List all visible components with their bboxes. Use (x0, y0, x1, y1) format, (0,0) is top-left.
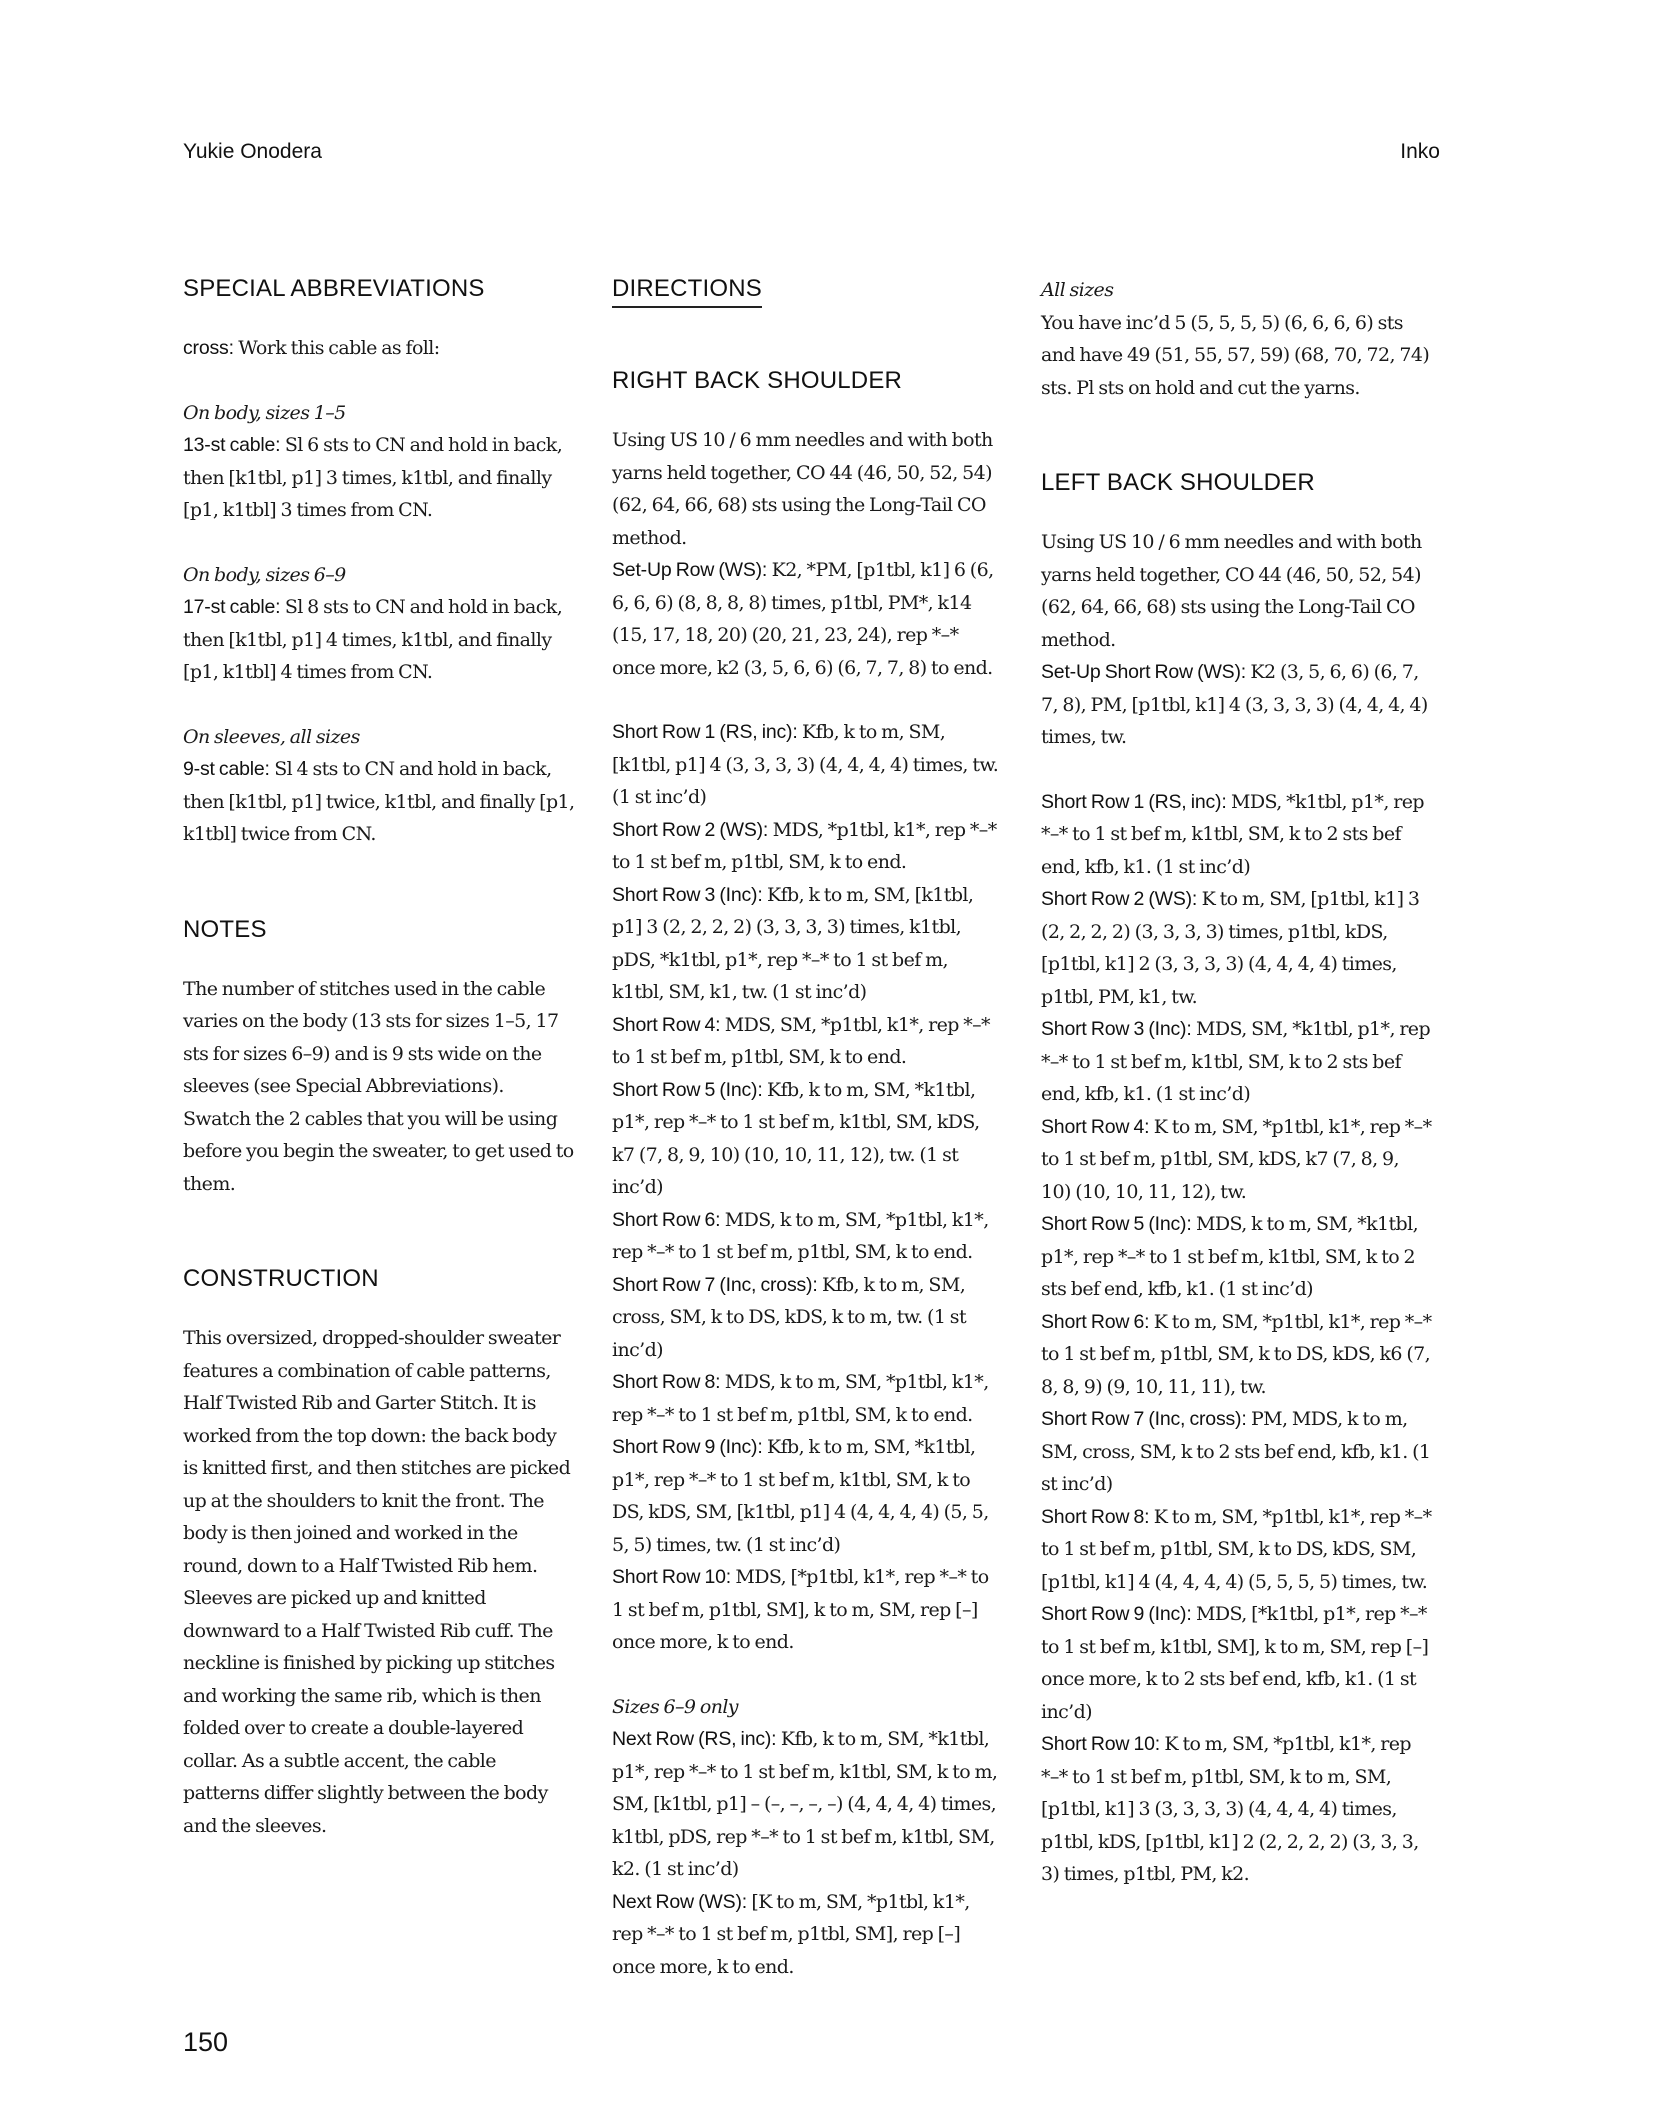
row-label: Set-Up Short Row (WS): (1041, 661, 1246, 683)
row-label: Short Row 7 (Inc, cross): (1041, 1408, 1247, 1430)
row-label: Short Row 6: (612, 1209, 720, 1231)
row-label: Short Row 4: (612, 1014, 720, 1036)
running-head-title: Inko (1400, 140, 1440, 164)
row-label: Short Row 5 (Inc): (612, 1079, 763, 1101)
instruction-row: Short Row 1 (RS, inc): Kfb, k to m, SM, … (612, 716, 1004, 814)
row-label: Short Row 9 (Inc): (1041, 1603, 1192, 1625)
row-text: K to m, SM, *p1tbl, k1*, rep *–* to 1 st… (1041, 1733, 1419, 1885)
row-label: Short Row 8: (612, 1371, 720, 1393)
notes-section: NOTES The number of stitches used in the… (183, 915, 575, 1201)
instruction-row: Short Row 8: K to m, SM, *p1tbl, k1*, re… (1041, 1501, 1433, 1599)
context-subheading: On body, sizes 1–5 (183, 397, 575, 430)
abbreviation-entry: 17-st cable: Sl 8 sts to CN and hold in … (183, 591, 575, 689)
term-label: 9-st cable: (183, 758, 270, 780)
abbreviation-cross: cross: Work this cable as foll: (183, 332, 575, 365)
instruction-intro: Using US 10 / 6 mm needles and with both… (612, 424, 1004, 554)
row-label: Short Row 2 (WS): (1041, 888, 1197, 910)
term-label: cross: (183, 337, 234, 359)
instruction-row: Short Row 3 (Inc): MDS, SM, *k1tbl, p1*,… (1041, 1013, 1433, 1111)
row-label: Short Row 7 (Inc, cross): (612, 1274, 818, 1296)
instruction-row: Short Row 1 (RS, inc): MDS, *k1tbl, p1*,… (1041, 786, 1433, 884)
row-label: Short Row 5 (Inc): (1041, 1213, 1192, 1235)
row-label: Short Row 8: (1041, 1506, 1149, 1528)
section-heading: RIGHT BACK SHOULDER (612, 366, 1004, 396)
instruction-row: Short Row 10: K to m, SM, *p1tbl, k1*, r… (1041, 1728, 1433, 1891)
special-abbreviations-section: SPECIAL ABBREVIATIONS cross: Work this c… (183, 274, 575, 851)
instruction-row: Short Row 8: MDS, k to m, SM, *p1tbl, k1… (612, 1366, 1004, 1431)
abbreviation-entry: 9-st cable: Sl 4 sts to CN and hold in b… (183, 753, 575, 851)
construction-section: CONSTRUCTION This oversized, dropped-sho… (183, 1264, 575, 1842)
page-number: 150 (183, 2027, 228, 2058)
directions-heading: DIRECTIONS (612, 274, 762, 308)
term-label: 13-st cable: (183, 434, 280, 456)
row-label: Next Row (RS, inc): (612, 1728, 776, 1750)
instruction-row: Set-Up Row (WS): K2, *PM, [p1tbl, k1] 6 … (612, 554, 1004, 684)
row-label: Short Row 9 (Inc): (612, 1436, 763, 1458)
column-right: All sizes You have inc’d 5 (5, 5, 5, 5) … (1041, 274, 1433, 1891)
row-label: Short Row 1 (RS, inc): (1041, 791, 1227, 813)
context-subheading: On body, sizes 6–9 (183, 559, 575, 592)
term-definition: Work this cable as foll: (234, 337, 440, 359)
instruction-row: Next Row (WS): [K to m, SM, *p1tbl, k1*,… (612, 1886, 1004, 1984)
row-label: Set-Up Row (WS): (612, 559, 767, 581)
instruction-row: Short Row 9 (Inc): MDS, [*k1tbl, p1*, re… (1041, 1598, 1433, 1728)
instruction-row: Short Row 2 (WS): MDS, *p1tbl, k1*, rep … (612, 814, 1004, 879)
instruction-intro: Using US 10 / 6 mm needles and with both… (1041, 526, 1433, 656)
notes-body: The number of stitches used in the cable… (183, 973, 575, 1201)
row-label: Short Row 3 (Inc): (1041, 1018, 1192, 1040)
row-label: Short Row 1 (RS, inc): (612, 721, 798, 743)
row-label: Short Row 10: (612, 1566, 731, 1588)
instruction-row: Short Row 2 (WS): K to m, SM, [p1tbl, k1… (1041, 883, 1433, 1013)
instruction-row: Short Row 4: K to m, SM, *p1tbl, k1*, re… (1041, 1111, 1433, 1209)
instruction-row: Short Row 10: MDS, [*p1tbl, k1*, rep *–*… (612, 1561, 1004, 1659)
instruction-row: Short Row 4: MDS, SM, *p1tbl, k1*, rep *… (612, 1009, 1004, 1074)
column-left: SPECIAL ABBREVIATIONS cross: Work this c… (183, 274, 575, 1842)
instruction-row: Short Row 3 (Inc): Kfb, k to m, SM, [k1t… (612, 879, 1004, 1009)
instruction-row: Short Row 6: MDS, k to m, SM, *p1tbl, k1… (612, 1204, 1004, 1269)
construction-body: This oversized, dropped-shoulder sweater… (183, 1322, 575, 1842)
all-sizes-text: You have inc’d 5 (5, 5, 5, 5) (6, 6, 6, … (1041, 307, 1433, 405)
instruction-row: Set-Up Short Row (WS): K2 (3, 5, 6, 6) (… (1041, 656, 1433, 754)
instruction-row: Short Row 6: K to m, SM, *p1tbl, k1*, re… (1041, 1306, 1433, 1404)
row-label: Short Row 2 (WS): (612, 819, 768, 841)
section-heading: CONSTRUCTION (183, 1264, 575, 1294)
section-heading: NOTES (183, 915, 575, 945)
row-label: Short Row 10: (1041, 1733, 1160, 1755)
instruction-row: Short Row 5 (Inc): Kfb, k to m, SM, *k1t… (612, 1074, 1004, 1204)
row-label: Next Row (WS): (612, 1891, 747, 1913)
row-label: Short Row 3 (Inc): (612, 884, 763, 906)
instruction-row: Short Row 5 (Inc): MDS, k to m, SM, *k1t… (1041, 1208, 1433, 1306)
running-head-author: Yukie Onodera (183, 140, 322, 164)
instruction-row: Next Row (RS, inc): Kfb, k to m, SM, *k1… (612, 1723, 1004, 1886)
row-text: Kfb, k to m, SM, *k1tbl, p1*, rep *–* to… (612, 1728, 997, 1880)
abbreviation-entry: 13-st cable: Sl 6 sts to CN and hold in … (183, 429, 575, 527)
size-subheading: All sizes (1041, 274, 1433, 307)
term-label: 17-st cable: (183, 596, 280, 618)
context-subheading: On sleeves, all sizes (183, 721, 575, 754)
left-back-shoulder-section: LEFT BACK SHOULDER Using US 10 / 6 mm ne… (1041, 468, 1433, 1891)
section-heading: SPECIAL ABBREVIATIONS (183, 274, 575, 304)
row-label: Short Row 4: (1041, 1116, 1149, 1138)
size-subheading: Sizes 6–9 only (612, 1691, 1004, 1724)
column-middle: DIRECTIONS RIGHT BACK SHOULDER Using US … (612, 274, 1004, 1983)
instruction-row: Short Row 9 (Inc): Kfb, k to m, SM, *k1t… (612, 1431, 1004, 1561)
section-heading: LEFT BACK SHOULDER (1041, 468, 1433, 498)
instruction-row: Short Row 7 (Inc, cross): PM, MDS, k to … (1041, 1403, 1433, 1501)
row-label: Short Row 6: (1041, 1311, 1149, 1333)
instruction-row: Short Row 7 (Inc, cross): Kfb, k to m, S… (612, 1269, 1004, 1367)
right-back-shoulder-section: RIGHT BACK SHOULDER Using US 10 / 6 mm n… (612, 366, 1004, 1983)
